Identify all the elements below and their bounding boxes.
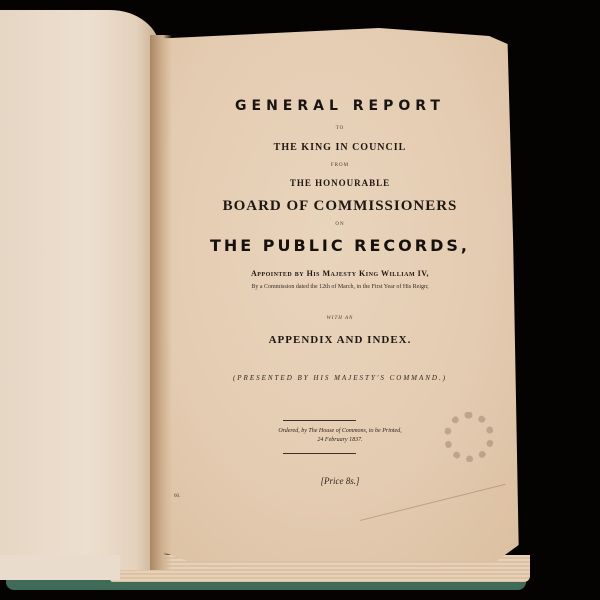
heading-honourable: THE HONOURABLE bbox=[170, 178, 510, 188]
left-blank-page bbox=[0, 10, 160, 570]
library-stamp-icon: Library blind stamp bbox=[444, 412, 494, 462]
connector-to: TO bbox=[170, 126, 510, 131]
appointed-line: Appointed by His Majesty King William IV… bbox=[170, 269, 510, 278]
connector-from: FROM bbox=[170, 163, 510, 168]
heading-public-records: THE PUBLIC RECORDS, bbox=[170, 236, 510, 255]
connector-on: ON bbox=[170, 222, 510, 227]
book-photo: GENERAL REPORT TO THE KING IN COUNCIL FR… bbox=[0, 0, 600, 600]
heading-appendix-index: APPENDIX AND INDEX. bbox=[170, 334, 510, 346]
folio-number: 60. bbox=[174, 494, 180, 499]
gutter-shadow bbox=[150, 35, 172, 570]
heading-board-of-commissioners: BOARD OF COMMISSIONERS bbox=[170, 198, 510, 215]
left-page-bottom bbox=[0, 555, 120, 580]
presented-line: (PRESENTED BY HIS MAJESTY'S COMMAND.) bbox=[170, 374, 510, 382]
divider-rule-top bbox=[283, 420, 356, 421]
price-line: [Price 8s.] bbox=[170, 476, 510, 486]
commission-line: By a Commission dated the 12th of March,… bbox=[170, 284, 510, 290]
connector-with-an: WITH AN bbox=[170, 316, 510, 321]
heading-king-in-council: THE KING IN COUNCIL bbox=[170, 142, 510, 153]
divider-rule-bottom bbox=[283, 453, 356, 454]
heading-general-report: GENERAL REPORT bbox=[170, 98, 510, 114]
